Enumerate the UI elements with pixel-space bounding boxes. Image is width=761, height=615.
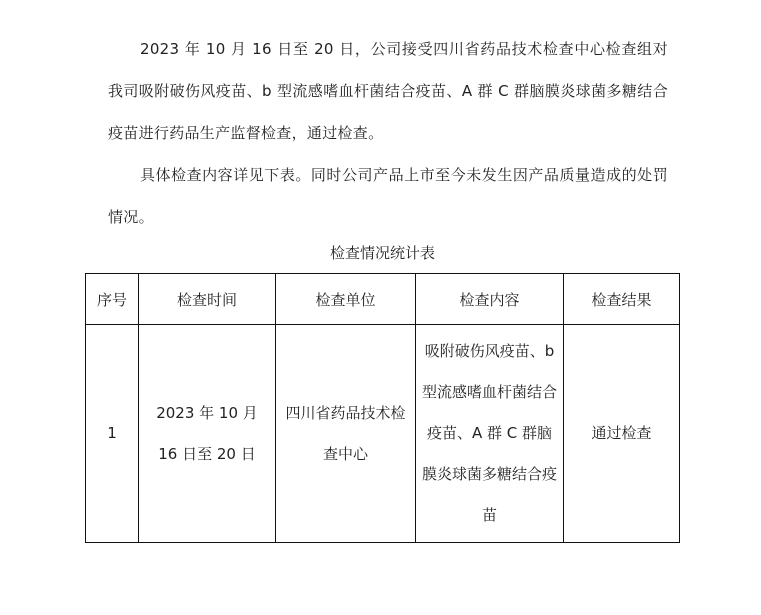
document-body: 2023 年 10 月 16 日至 20 日，公司接受四川省药品技术检查中心检查…: [108, 28, 668, 238]
table-header-row: 序号 检查时间 检查单位 检查内容 检查结果: [86, 274, 680, 325]
cell-unit: 四川省药品技术检查中心: [276, 325, 416, 543]
paragraph-line: 我司吸附破伤风疫苗、b 型流感嗜血杆菌结合疫苗、A 群 C 群脑膜炎球菌多糖结: [108, 82, 653, 100]
inspection-stats-table: 序号 检查时间 检查单位 检查内容 检查结果 1 2023 年 10 月 16 …: [85, 273, 680, 543]
column-header-content: 检查内容: [416, 274, 564, 325]
cell-content: 吸附破伤风疫苗、b 型流感嗜血杆菌结合疫苗、A 群 C 群脑膜炎球菌多糖结合疫苗: [416, 325, 564, 543]
paragraph-inspection-summary: 2023 年 10 月 16 日至 20 日，公司接受四川省药品技术检查中心检查…: [108, 28, 668, 154]
cell-index: 1: [86, 325, 139, 543]
cell-result: 通过检查: [564, 325, 680, 543]
table-caption: 检查情况统计表: [85, 240, 680, 266]
paragraph-line: 2023 年 10 月 16 日至 20 日，公司接受四川省药品技术检查中心检查…: [140, 40, 668, 58]
column-header-time: 检查时间: [139, 274, 276, 325]
column-header-index: 序号: [86, 274, 139, 325]
cell-time: 2023 年 10 月 16 日至 20 日: [139, 325, 276, 543]
column-header-unit: 检查单位: [276, 274, 416, 325]
column-header-result: 检查结果: [564, 274, 680, 325]
table-row: 1 2023 年 10 月 16 日至 20 日 四川省药品技术检查中心 吸附破…: [86, 325, 680, 543]
paragraph-details-note: 具体检查内容详见下表。同时公司产品上市至今未发生因产品质量造成的处罚情况。: [108, 154, 668, 238]
paragraph-line: 具体检查内容详见下表。同时公司产品上市至今未发生因产品质量造成的处: [140, 166, 653, 184]
